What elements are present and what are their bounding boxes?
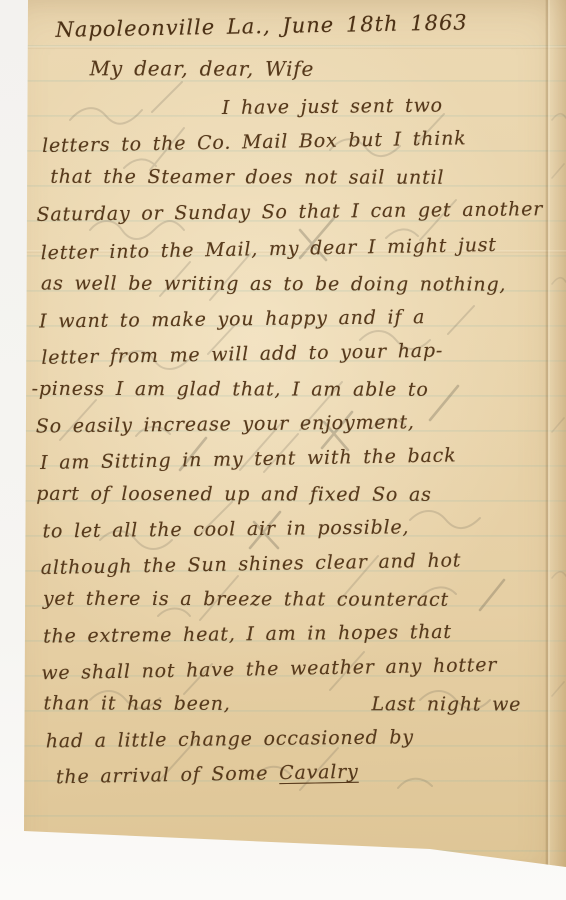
- letter-line: Saturday or Sunday So that I can get ano…: [36, 198, 543, 226]
- letter-line: I have just sent two: [222, 94, 443, 119]
- letter-paper: Napoleonville La., June 18th 1863 My dea…: [0, 0, 566, 900]
- letter-line: part of loosened up and fixed So as: [36, 483, 432, 506]
- letter-line: So easily increase your enjoyment,: [36, 411, 415, 437]
- letter-line: to let all the cool air in possible,: [42, 516, 409, 542]
- letter-line: the extreme heat, I am in hopes that: [43, 621, 452, 648]
- letter-line: had a little change occasioned by: [46, 726, 414, 752]
- letter-line: although the Sun shines clear and hot: [41, 549, 462, 579]
- letter-line: I am Sitting in my tent with the back: [40, 444, 457, 474]
- letter-salutation: My dear, dear, Wife: [90, 56, 315, 81]
- letter-line: we shall not have the weather any hotter: [41, 654, 497, 684]
- scan-background: { "letter": { "dateline": "Napoleonville…: [0, 0, 566, 900]
- letter-content: Napoleonville La., June 18th 1863 My dea…: [0, 0, 566, 900]
- letter-line: that the Steamer does not sail until: [50, 166, 444, 189]
- letter-line: than it has been, Last night we: [44, 692, 522, 715]
- letter-line-cavalry: the arrival of Some Cavalry: [56, 761, 359, 789]
- letter-dateline: Napoleonville La., June 18th 1863: [55, 10, 468, 42]
- letter-line: I want to make you happy and if a: [39, 306, 425, 332]
- letter-line: letters to the Co. Mail Box but I think: [42, 127, 467, 157]
- letter-line: letter from me will add to your hap-: [41, 340, 443, 369]
- letter-line: -piness I am glad that, I am able to: [32, 378, 429, 401]
- letter-line: yet there is a breeze that counteract: [43, 588, 449, 611]
- letter-line: letter into the Mail, my dear I might ju…: [41, 234, 497, 264]
- underlined-word: Cavalry: [279, 761, 359, 784]
- letter-line: as well be writing as to be doing nothin…: [41, 272, 506, 295]
- letter-line-text: the arrival of Some: [56, 762, 280, 788]
